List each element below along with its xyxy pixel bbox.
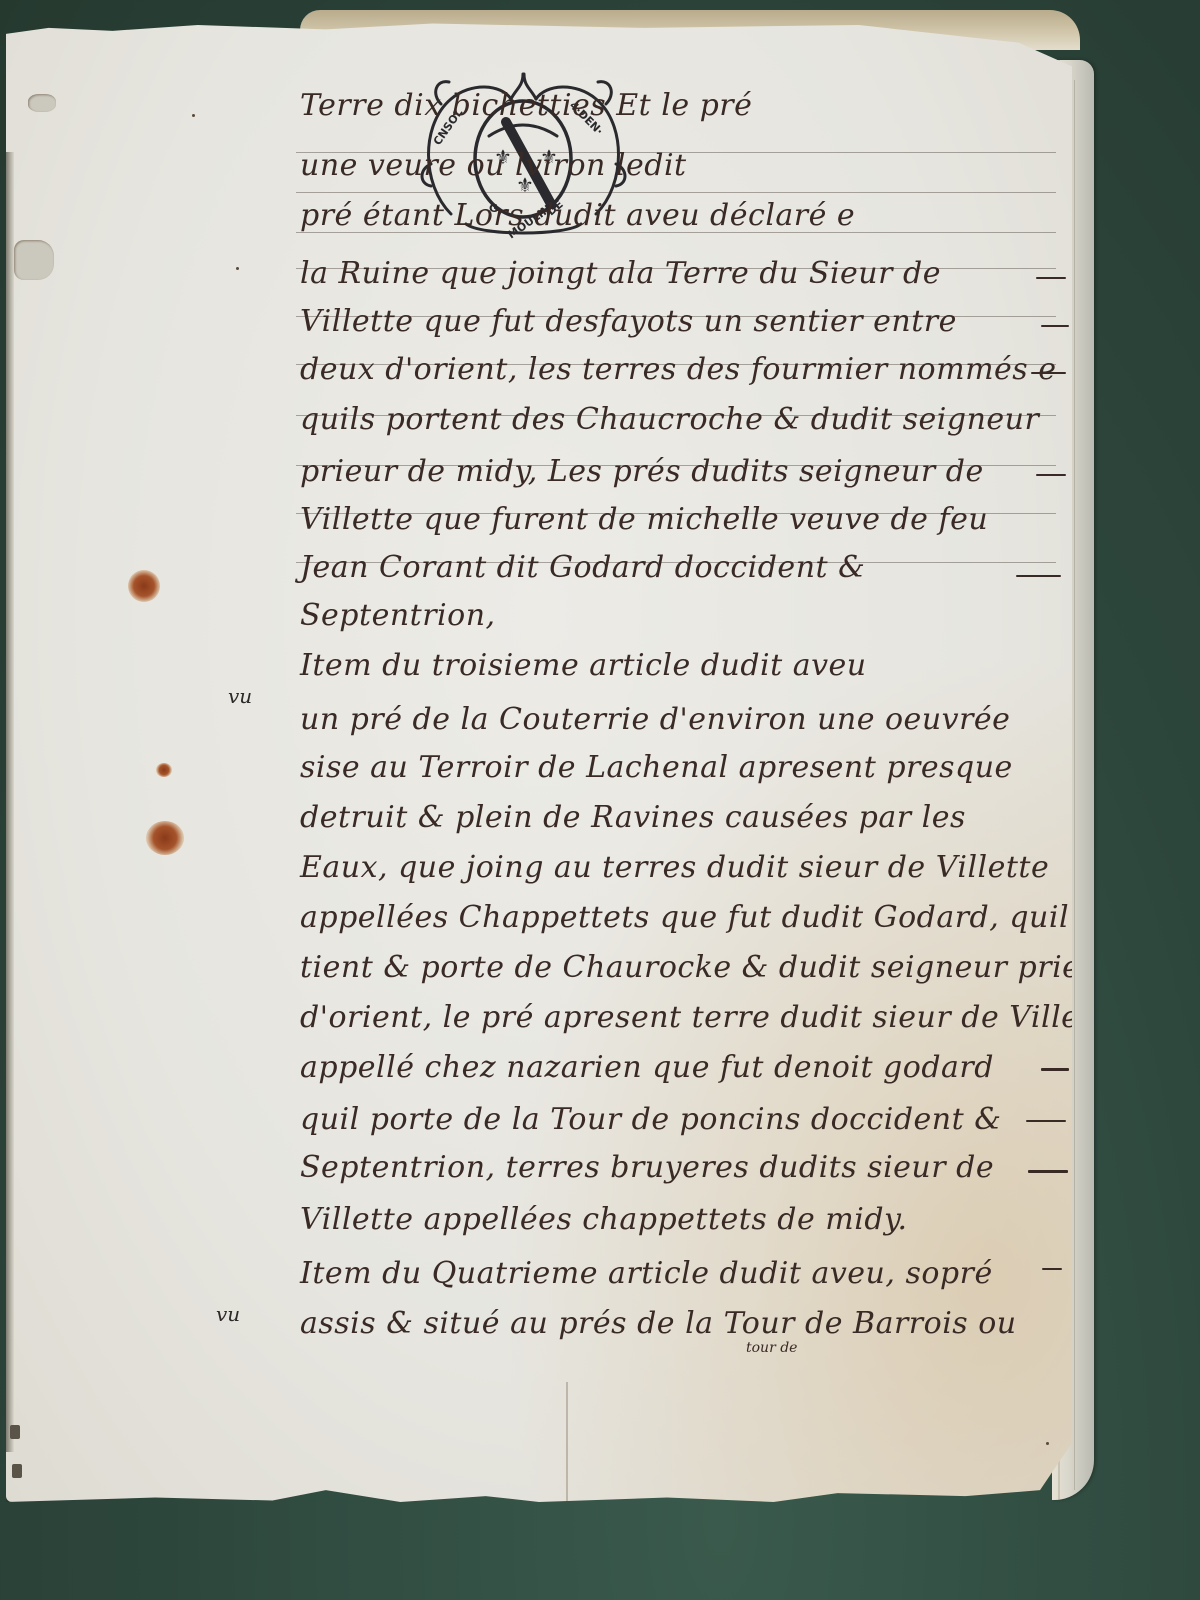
paper-crease	[566, 1382, 568, 1522]
rust-stain	[156, 763, 172, 777]
line-filler-dash	[1036, 277, 1066, 279]
manuscript-line: prieur de midy, Les prés dudits seigneur…	[300, 454, 984, 489]
line-filler-dash	[1041, 325, 1069, 327]
manuscript-line: pré étant Lors dudit aveu déclaré e	[300, 198, 855, 233]
binding-spine	[6, 152, 14, 1452]
manuscript-page: ⚜ ⚜ ⚜ CNSOL 4·DEN· G. DE MOULINS Terre d…	[6, 22, 1072, 1502]
manuscript-line: sise au Terroir de Lachenal apresent pre…	[300, 750, 1013, 785]
ruled-line	[296, 192, 1056, 193]
margin-note-vu: vu	[216, 1302, 240, 1326]
manuscript-line: deux d'orient, les terres des fourmier n…	[300, 352, 1056, 387]
line-filler-dash	[1036, 474, 1066, 476]
paper-tear	[14, 240, 54, 280]
manuscript-line: assis & situé au prés de la Tour de Barr…	[300, 1306, 1017, 1341]
line-filler-dash	[1028, 1170, 1068, 1173]
manuscript-line: Septentrion, terres bruyeres dudits sieu…	[300, 1150, 994, 1185]
manuscript-line: Villette appellées chappettets de midy.	[300, 1202, 908, 1237]
manuscript-line: Item du troisieme article dudit aveu	[300, 648, 867, 683]
manuscript-line: Jean Corant dit Godard doccident &	[300, 550, 865, 585]
rust-stain	[146, 821, 184, 855]
manuscript-line: Terre dix bichetties Et le pré	[300, 88, 752, 123]
manuscript-line: Eaux, que joing au terres dudit sieur de…	[300, 850, 1049, 885]
manuscript-line: une veure ou lviron ledit	[300, 148, 687, 183]
manuscript-line: quil porte de la Tour de poncins doccide…	[300, 1102, 1001, 1137]
manuscript-line: Septentrion,	[300, 598, 496, 633]
rust-stain	[128, 570, 160, 602]
manuscript-line: Villette que furent de michelle veuve de…	[300, 502, 988, 537]
ink-speck	[236, 267, 239, 270]
ink-speck	[192, 114, 195, 117]
manuscript-line: detruit & plein de Ravines causées par l…	[300, 800, 966, 835]
line-filler-dash	[1031, 372, 1066, 374]
binding-hole	[10, 1425, 20, 1439]
manuscript-line: Villette que fut desfayots un sentier en…	[300, 304, 957, 339]
binding-hole	[12, 1464, 22, 1478]
manuscript-line: quils portent des Chaucroche & dudit sei…	[300, 402, 1039, 437]
line-filler-dash	[1016, 575, 1061, 577]
interlinear-correction: tour de	[746, 1340, 797, 1356]
manuscript-line: Item du Quatrieme article dudit aveu, so…	[300, 1256, 993, 1291]
line-filler-dash	[1041, 1068, 1069, 1071]
manuscript-line: d'orient, le pré apresent terre dudit si…	[300, 1000, 1123, 1035]
paper-tear	[28, 94, 56, 112]
manuscript-line: appellé chez nazarien que fut denoit god…	[300, 1050, 994, 1085]
manuscript-line: appellées Chappettets que fut dudit Goda…	[300, 900, 1069, 935]
line-filler-dash	[1042, 1268, 1062, 1270]
manuscript-line: un pré de la Couterrie d'environ une oeu…	[300, 702, 1010, 737]
line-filler-dash	[1026, 1120, 1066, 1122]
manuscript-line: tient & porte de Chaurocke & dudit seign…	[300, 950, 1115, 985]
ink-speck	[1046, 1442, 1049, 1445]
margin-note-vu: vu	[228, 684, 252, 708]
manuscript-line: la Ruine que joingt ala Terre du Sieur d…	[300, 256, 941, 291]
